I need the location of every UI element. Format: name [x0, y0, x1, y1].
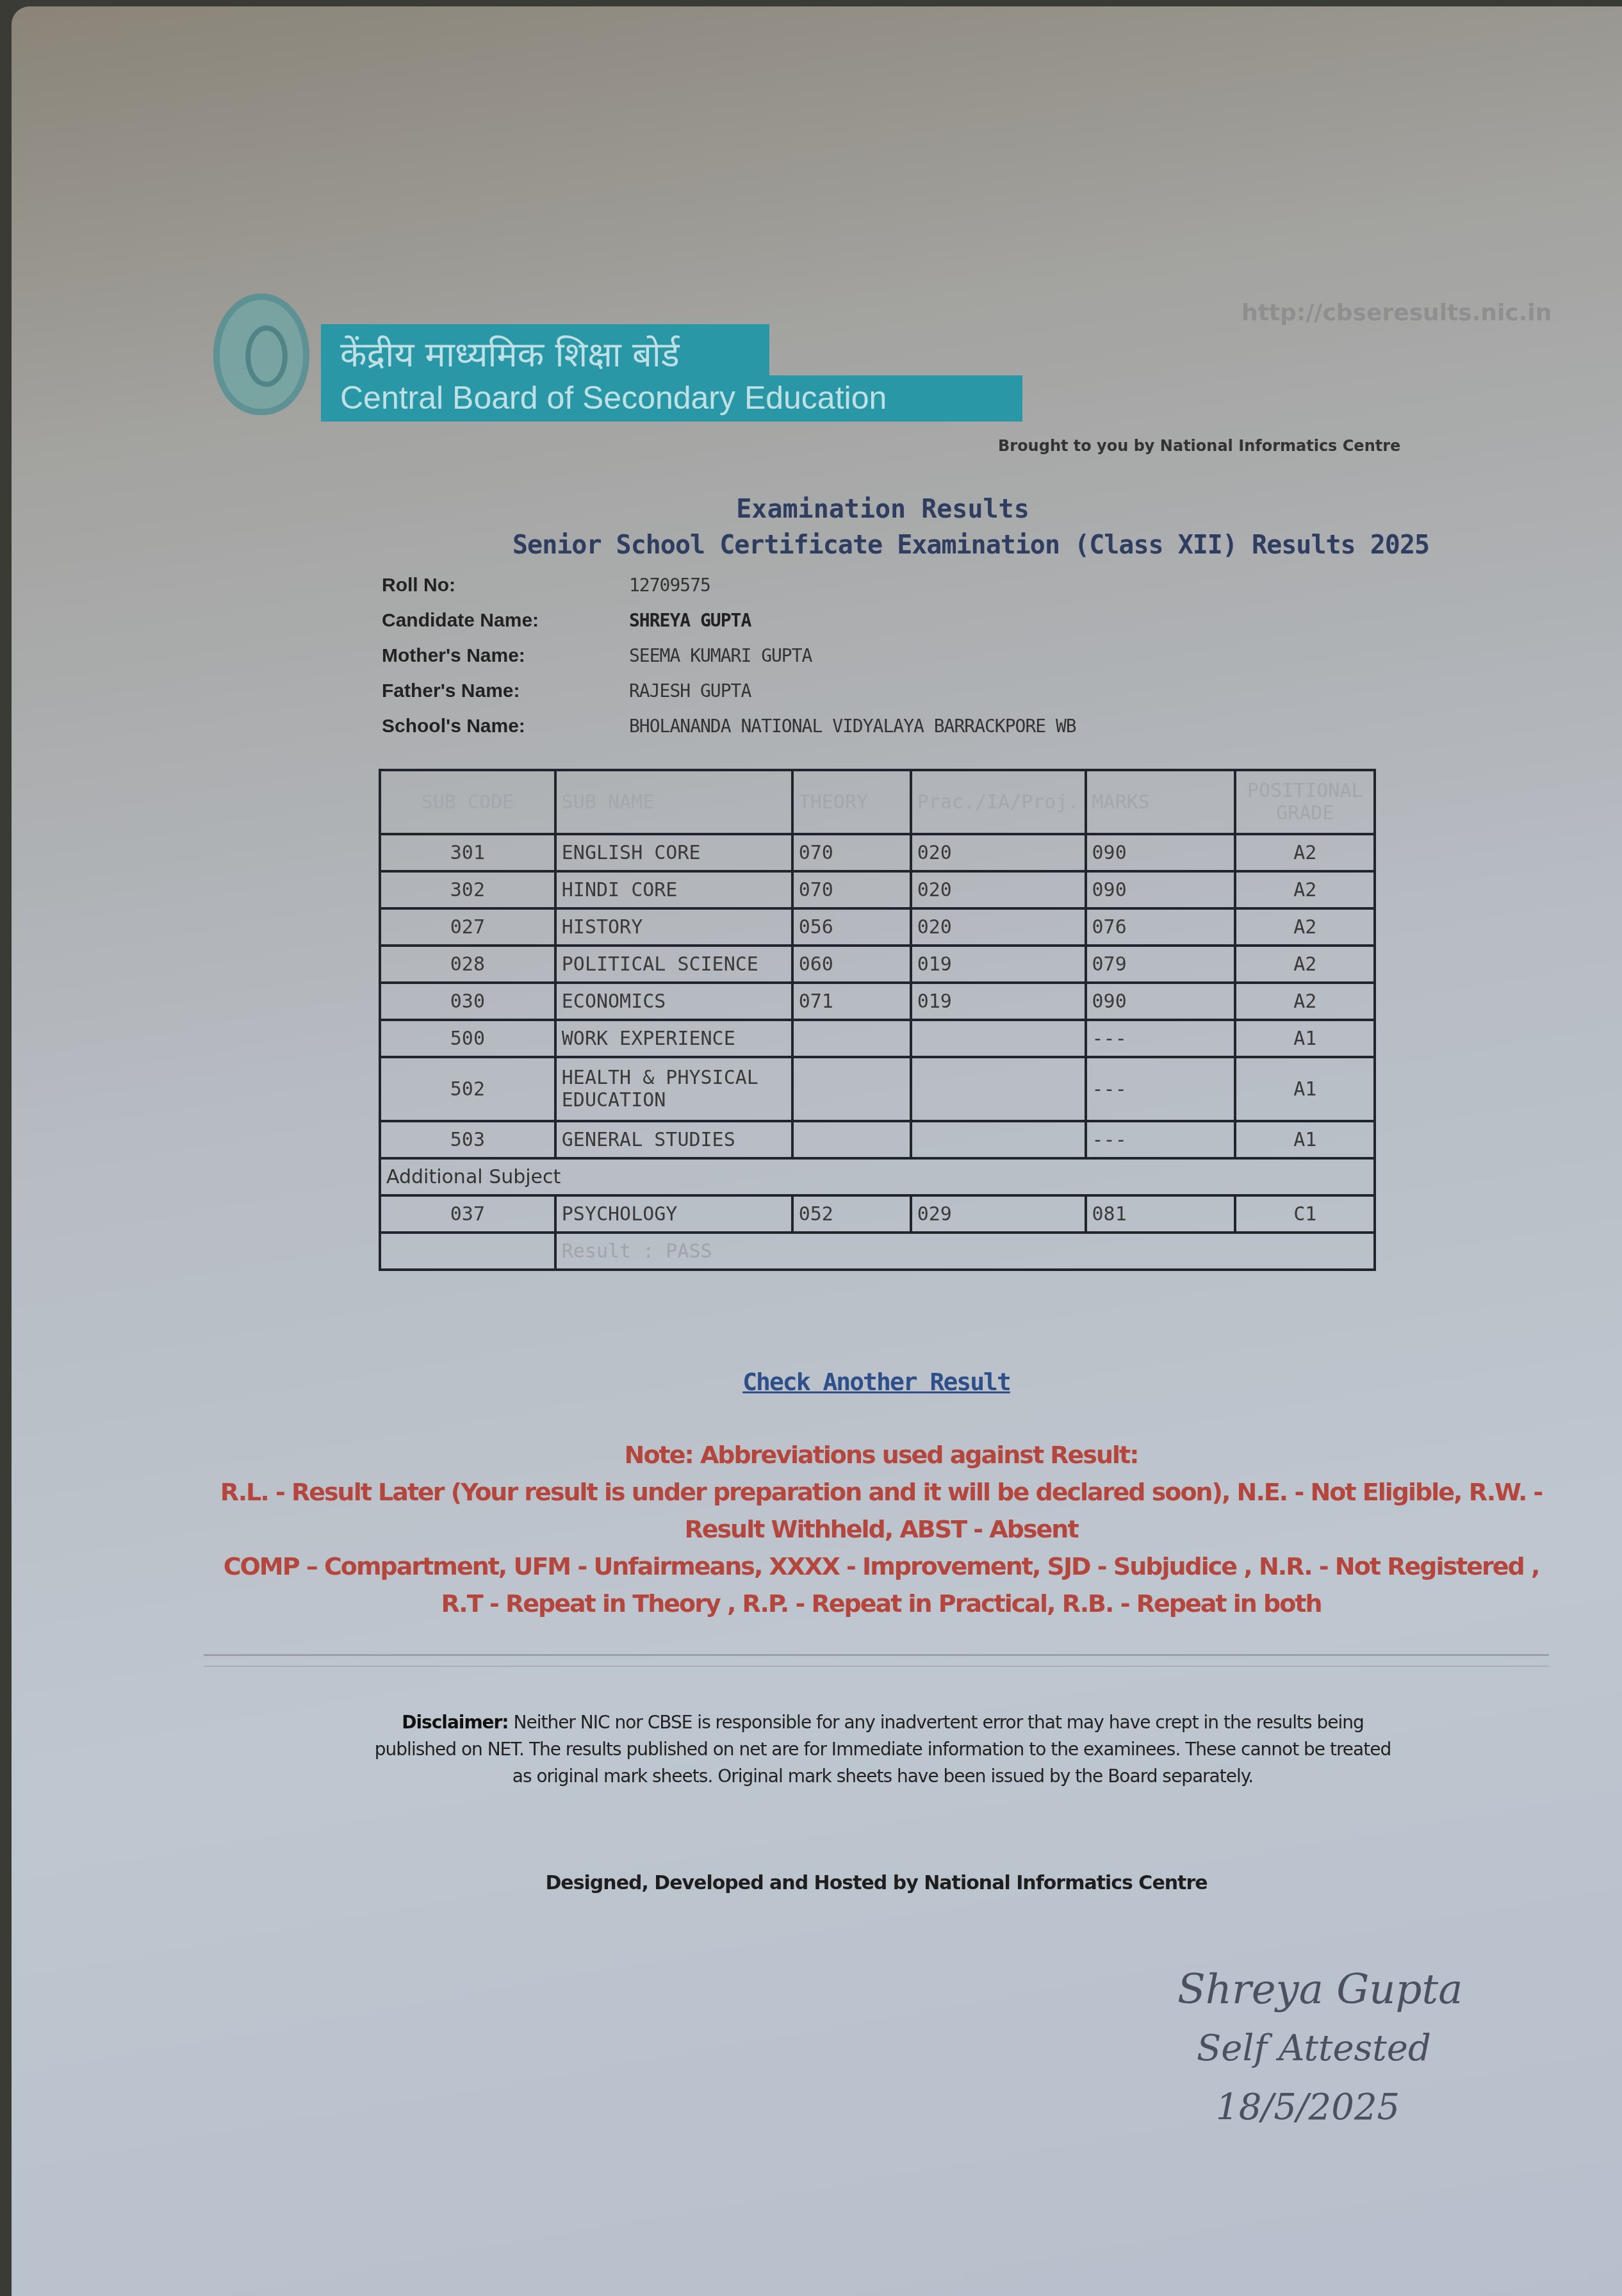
- subject-name-cell: HEALTH & PHYSICAL EDUCATION: [555, 1057, 792, 1121]
- divider: [204, 1666, 1549, 1667]
- subject-name-cell: WORK EXPERIENCE: [555, 1020, 792, 1057]
- header-positional-grade: POSITIONAL GRADE: [1235, 770, 1375, 834]
- marks-cell: ---: [1086, 1057, 1236, 1121]
- father-name-value: RAJESH GUPTA: [629, 680, 751, 701]
- subject-code-cell: 030: [380, 983, 555, 1020]
- school-name-row: School's Name: BHOLANANDA NATIONAL VIDYA…: [382, 709, 1076, 744]
- note-heading: Note: Abbreviations used against Result:: [204, 1436, 1559, 1473]
- table-row: 302HINDI CORE070020090A2: [380, 871, 1375, 908]
- abbreviations-note: Note: Abbreviations used against Result:…: [204, 1436, 1559, 1622]
- header-sub-code: SUB CODE: [380, 770, 555, 834]
- handwritten-signature: Shreya Gupta: [1177, 1960, 1462, 2019]
- subject-name-cell: GENERAL STUDIES: [555, 1121, 792, 1158]
- subject-name-cell: HISTORY: [555, 908, 792, 946]
- roll-number-row: Roll No: 12709575: [382, 568, 1076, 603]
- check-another-result-link[interactable]: Check Another Result: [12, 1368, 1622, 1396]
- grade-cell: A2: [1235, 983, 1375, 1020]
- exam-subtitle: Senior School Certificate Examination (C…: [512, 530, 1429, 560]
- candidate-name-label: Candidate Name:: [382, 610, 629, 632]
- cbse-emblem-icon: [213, 293, 309, 415]
- school-name-label: School's Name:: [382, 716, 629, 737]
- brought-by-text: Brought to you by National Informatics C…: [998, 437, 1400, 455]
- additional-subject-label: Additional Subject: [380, 1158, 1375, 1195]
- table-row: 027HISTORY056020076A2: [380, 908, 1375, 946]
- practical-cell: 029: [911, 1195, 1086, 1233]
- grade-cell: A2: [1235, 871, 1375, 908]
- table-row: 028POLITICAL SCIENCE060019079A2: [380, 946, 1375, 983]
- practical-cell: [911, 1057, 1086, 1121]
- note-line-2: COMP – Compartment, UFM - Unfairmeans, X…: [204, 1548, 1559, 1622]
- subject-code-cell: 500: [380, 1020, 555, 1057]
- table-row: 037PSYCHOLOGY052029081C1: [380, 1195, 1375, 1233]
- theory-cell: 071: [792, 983, 911, 1020]
- divider: [204, 1654, 1549, 1656]
- grade-cell: C1: [1235, 1195, 1375, 1233]
- practical-cell: 020: [911, 834, 1086, 871]
- footer-credit: Designed, Developed and Hosted by Nation…: [12, 1872, 1622, 1894]
- practical-cell: 019: [911, 946, 1086, 983]
- header-sub-name: SUB NAME: [555, 770, 792, 834]
- practical-cell: 020: [911, 871, 1086, 908]
- board-name-hindi: केंद्रीय माध्यमिक शिक्षा बोर्ड: [321, 324, 769, 375]
- subject-code-cell: 301: [380, 834, 555, 871]
- result-status: Result : PASS: [555, 1233, 1375, 1270]
- theory-cell: 056: [792, 908, 911, 946]
- theory-cell: 052: [792, 1195, 911, 1233]
- father-name-row: Father's Name: RAJESH GUPTA: [382, 673, 1076, 709]
- candidate-name-row: Candidate Name: SHREYA GUPTA: [382, 603, 1076, 638]
- note-line-1: R.L. - Result Later (Your result is unde…: [204, 1473, 1559, 1548]
- grade-cell: A2: [1235, 946, 1375, 983]
- school-name-value: BHOLANANDA NATIONAL VIDYALAYA BARRACKPOR…: [629, 716, 1076, 737]
- father-name-label: Father's Name:: [382, 680, 629, 702]
- mother-name-row: Mother's Name: SEEMA KUMARI GUPTA: [382, 638, 1076, 673]
- mother-name-label: Mother's Name:: [382, 645, 629, 667]
- disclaimer-text: Neither NIC nor CBSE is responsible for …: [375, 1712, 1391, 1787]
- subject-code-cell: 037: [380, 1195, 555, 1233]
- theory-cell: 070: [792, 834, 911, 871]
- practical-cell: [911, 1020, 1086, 1057]
- theory-cell: 060: [792, 946, 911, 983]
- handwritten-date: 18/5/2025: [1177, 2078, 1462, 2137]
- roll-number-value: 12709575: [629, 575, 710, 596]
- grade-cell: A2: [1235, 908, 1375, 946]
- header-theory: THEORY: [792, 770, 911, 834]
- marks-cell: 079: [1086, 946, 1236, 983]
- table-row: 030ECONOMICS071019090A2: [380, 983, 1375, 1020]
- table-row: 502HEALTH & PHYSICAL EDUCATION---A1: [380, 1057, 1375, 1121]
- subject-code-cell: 302: [380, 871, 555, 908]
- subject-code-cell: 027: [380, 908, 555, 946]
- additional-subject-row: Additional Subject: [380, 1158, 1375, 1195]
- grade-cell: A1: [1235, 1121, 1375, 1158]
- board-name-english: Central Board of Secondary Education: [321, 375, 1022, 422]
- marks-cell: ---: [1086, 1020, 1236, 1057]
- marks-cell: 090: [1086, 834, 1236, 871]
- subject-name-cell: POLITICAL SCIENCE: [555, 946, 792, 983]
- page-title: Examination Results: [12, 495, 1622, 524]
- marks-cell: 081: [1086, 1195, 1236, 1233]
- table-row: 500WORK EXPERIENCE---A1: [380, 1020, 1375, 1057]
- result-row: Result : PASS: [380, 1233, 1375, 1270]
- subject-code-cell: 503: [380, 1121, 555, 1158]
- printed-result-sheet: केंद्रीय माध्यमिक शिक्षा बोर्ड Central B…: [12, 6, 1622, 2296]
- practical-cell: 019: [911, 983, 1086, 1020]
- candidate-name-value: SHREYA GUPTA: [629, 610, 751, 631]
- marks-table-body: 301ENGLISH CORE070020090A2302HINDI CORE0…: [380, 834, 1375, 1270]
- handwritten-self-attested: Self Attested: [1177, 2019, 1462, 2078]
- roll-number-label: Roll No:: [382, 575, 629, 596]
- theory-cell: [792, 1020, 911, 1057]
- result-empty-cell: [380, 1233, 555, 1270]
- practical-cell: 020: [911, 908, 1086, 946]
- site-url: http://cbseresults.nic.in: [1241, 300, 1552, 326]
- marks-cell: 090: [1086, 983, 1236, 1020]
- grade-cell: A1: [1235, 1057, 1375, 1121]
- header-practical: Prac./IA/Proj.: [911, 770, 1086, 834]
- table-row: 503GENERAL STUDIES---A1: [380, 1121, 1375, 1158]
- grade-cell: A2: [1235, 834, 1375, 871]
- theory-cell: [792, 1057, 911, 1121]
- candidate-info: Roll No: 12709575 Candidate Name: SHREYA…: [382, 568, 1076, 744]
- grade-cell: A1: [1235, 1020, 1375, 1057]
- disclaimer: Disclaimer: Neither NIC nor CBSE is resp…: [370, 1709, 1395, 1790]
- mother-name-value: SEEMA KUMARI GUPTA: [629, 645, 812, 666]
- handwritten-attestation: Shreya Gupta Self Attested 18/5/2025: [1177, 1960, 1462, 2137]
- theory-cell: 070: [792, 871, 911, 908]
- subject-code-cell: 502: [380, 1057, 555, 1121]
- practical-cell: [911, 1121, 1086, 1158]
- header-marks: MARKS: [1086, 770, 1236, 834]
- theory-cell: [792, 1121, 911, 1158]
- marks-cell: 076: [1086, 908, 1236, 946]
- subject-name-cell: PSYCHOLOGY: [555, 1195, 792, 1233]
- subject-name-cell: HINDI CORE: [555, 871, 792, 908]
- table-row: 301ENGLISH CORE070020090A2: [380, 834, 1375, 871]
- marks-table: SUB CODE SUB NAME THEORY Prac./IA/Proj. …: [379, 769, 1376, 1271]
- subject-name-cell: ECONOMICS: [555, 983, 792, 1020]
- marks-cell: ---: [1086, 1121, 1236, 1158]
- table-header-row: SUB CODE SUB NAME THEORY Prac./IA/Proj. …: [380, 770, 1375, 834]
- marks-cell: 090: [1086, 871, 1236, 908]
- disclaimer-label: Disclaimer:: [402, 1712, 508, 1733]
- subject-code-cell: 028: [380, 946, 555, 983]
- subject-name-cell: ENGLISH CORE: [555, 834, 792, 871]
